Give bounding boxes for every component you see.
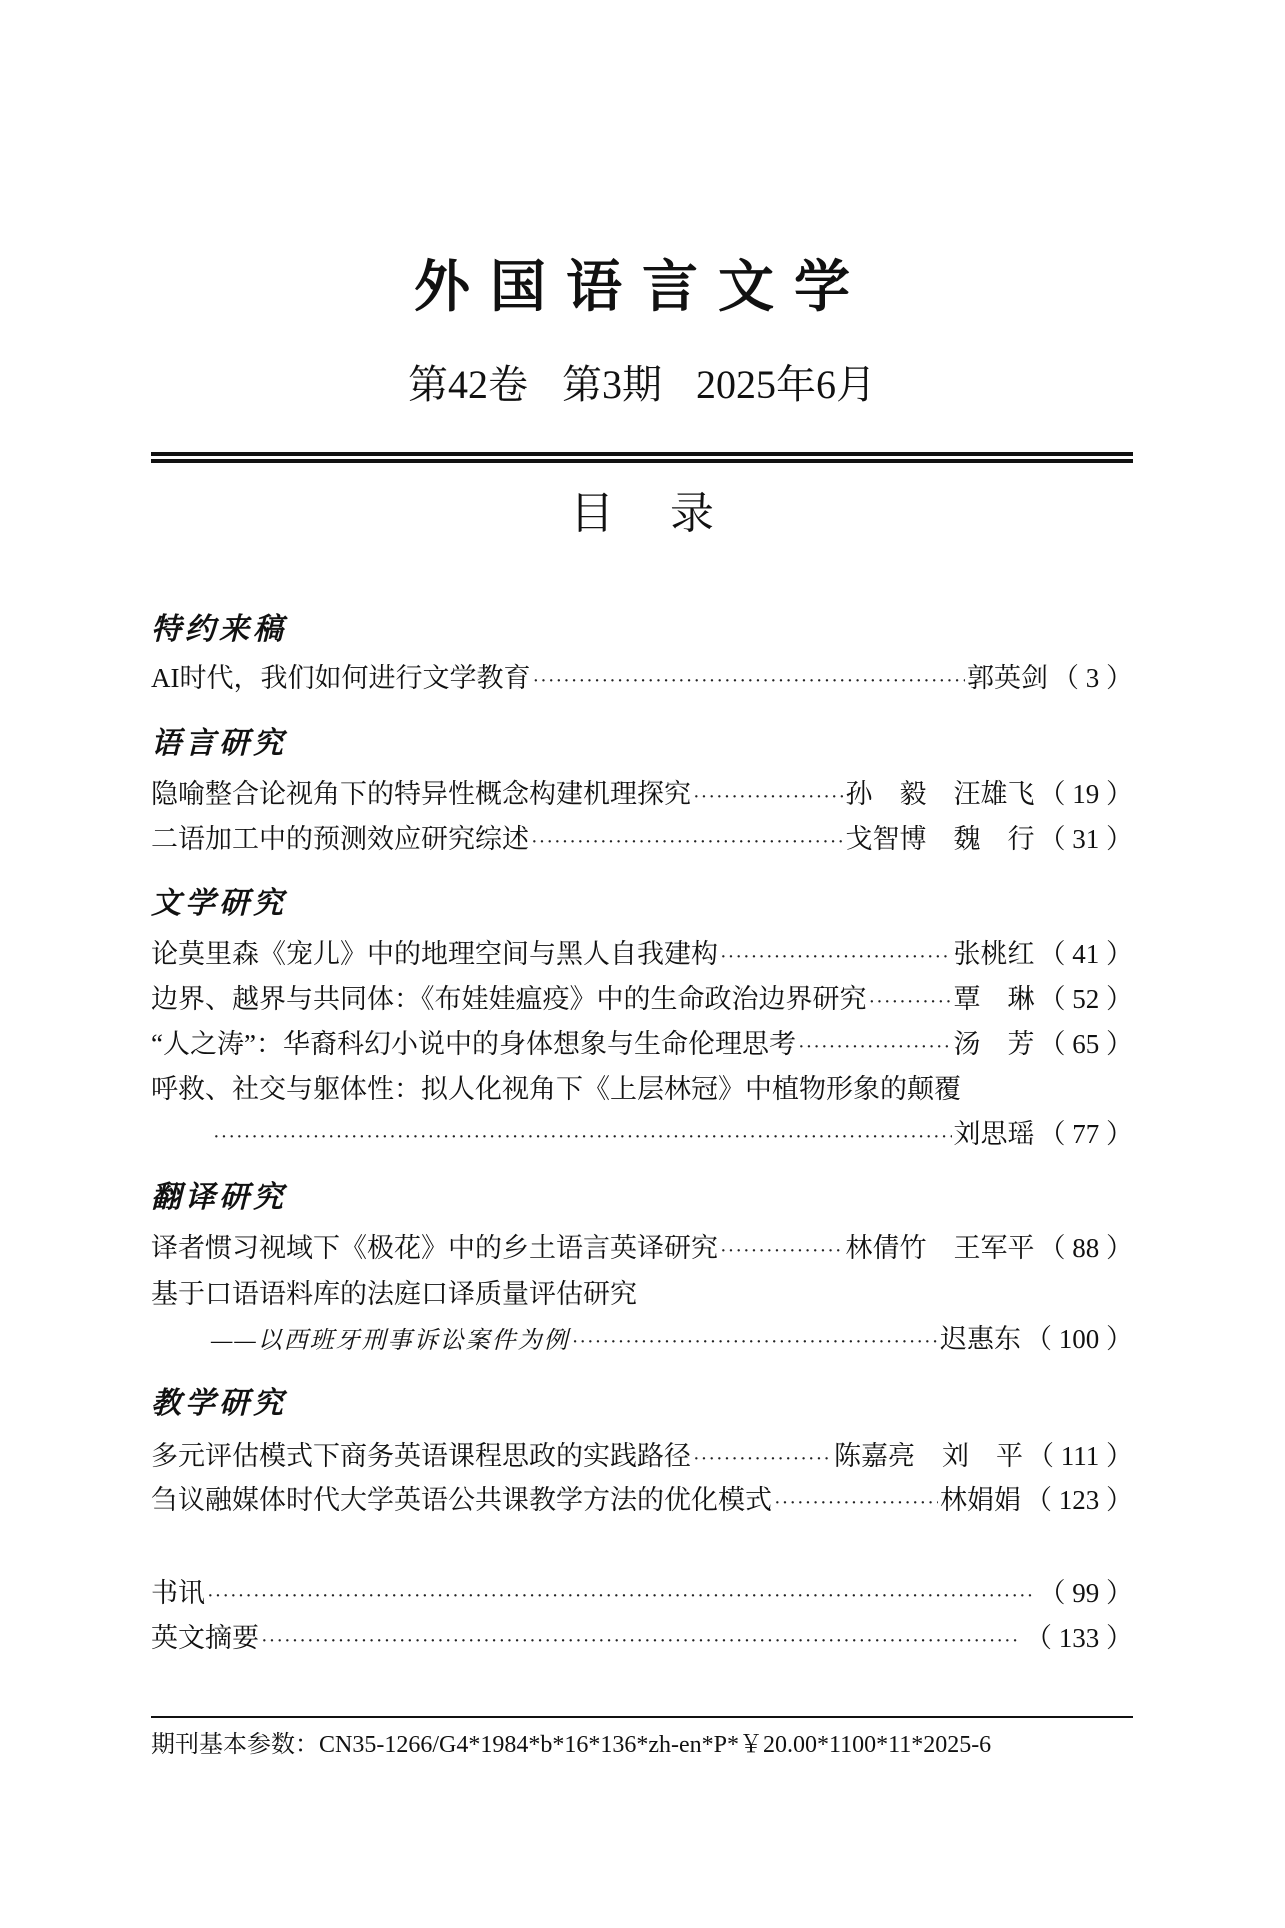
dot-leader [207,1576,1033,1616]
section-title-linguistics: 语言研究 [151,726,287,762]
dot-leader [720,937,952,977]
dot-leader [693,777,844,817]
entry-page: （ 88 ） [1039,1228,1134,1268]
entry-authors: 覃 琳 [954,979,1035,1019]
entry-authors: 林倩竹 王军平 [846,1228,1035,1268]
toc-entry-book-news[interactable]: 书讯 （ 99 ） [151,1573,1133,1613]
toc-entry[interactable]: “人之涛”：华裔科幻小说中的身体想象与生命伦理思考 汤 芳 （ 65 ） [151,1024,1133,1064]
entry-title: 书讯 [151,1573,205,1613]
entry-title: “人之涛”：华裔科幻小说中的身体想象与生命伦理思考 [151,1024,796,1064]
section-title-translation: 翻译研究 [151,1180,287,1216]
dot-leader [213,1117,952,1157]
volume: 第42卷 [408,362,528,407]
entry-page: （ 100 ） [1025,1319,1133,1359]
double-rule-divider [151,452,1133,463]
dot-leader [533,661,966,701]
dot-leader [798,1027,952,1067]
entry-authors: 张桃红 [954,934,1035,974]
toc-entry[interactable]: 译者惯习视域下《极花》中的乡土语言英译研究 林倩竹 王军平 （ 88 ） [151,1228,1133,1268]
entry-title: 英文摘要 [151,1618,259,1658]
journal-parameters: 期刊基本参数：CN35-1266/G4*1984*b*16*136*zh-en*… [151,1728,991,1762]
entry-authors: 刘思瑶 [954,1114,1035,1154]
entry-authors: 戈智博 魏 行 [846,819,1035,859]
toc-entry[interactable]: 论莫里森《宠儿》中的地理空间与黑人自我建构 张桃红 （ 41 ） [151,934,1133,974]
toc-entry[interactable]: 刍议融媒体时代大学英语公共课教学方法的优化模式 林娟娟 （ 123 ） [151,1480,1133,1520]
section-title-literature: 文学研究 [151,886,287,922]
entry-title[interactable]: 基于口语语料库的法庭口译质量评估研究 [151,1274,637,1314]
entry-page: （ 52 ） [1039,979,1134,1019]
toc-entry-continuation[interactable]: ——以西班牙刑事诉讼案件为例 迟惠东 （ 100 ） [151,1319,1133,1359]
toc-entry[interactable]: AI时代，我们如何进行文学教育 郭英剑 （ 3 ） [151,658,1133,698]
entry-page: （ 99 ） [1039,1573,1134,1613]
dot-leader [531,822,844,862]
entry-page: （ 19 ） [1039,774,1134,814]
toc-heading: 目录 [151,488,1133,540]
entry-authors: 汤 芳 [954,1024,1035,1064]
entry-title: 隐喻整合论视角下的特异性概念构建机理探究 [151,774,691,814]
entry-title: 论莫里森《宠儿》中的地理空间与黑人自我建构 [151,934,718,974]
entry-page: （ 77 ） [1039,1114,1134,1154]
entry-page: （ 31 ） [1039,819,1134,859]
entry-page: （ 133 ） [1025,1618,1133,1658]
toc-entry[interactable]: 边界、越界与共同体：《布娃娃瘟疫》中的生命政治边界研究 覃 琳 （ 52 ） [151,979,1133,1019]
entry-authors: 孙 毅 汪雄飞 [846,774,1035,814]
section-title-teaching: 教学研究 [151,1386,287,1422]
entry-page: （ 123 ） [1025,1480,1133,1520]
issue-date: 2025年6月 [696,362,876,407]
dot-leader [774,1483,938,1523]
footer-divider [151,1716,1133,1718]
dot-leader [572,1322,938,1362]
entry-page: （ 41 ） [1039,934,1134,974]
toc-entry[interactable]: 隐喻整合论视角下的特异性概念构建机理探究 孙 毅 汪雄飞 （ 19 ） [151,774,1133,814]
issue-number: 第3期 [562,362,662,407]
entry-authors: 陈嘉亮 刘 平 [834,1436,1023,1476]
toc-entry-continuation[interactable]: 刘思瑶 （ 77 ） [151,1114,1133,1154]
dot-leader [693,1439,832,1479]
entry-title: AI时代，我们如何进行文学教育 [151,658,531,698]
entry-title: 边界、越界与共同体：《布娃娃瘟疫》中的生命政治边界研究 [151,979,867,1019]
dot-leader [869,982,952,1022]
issue-info: 第42卷 第3期 2025年6月 [151,362,1133,408]
entry-title[interactable]: 呼救、社交与躯体性：拟人化视角下《上层林冠》中植物形象的颠覆 [151,1069,961,1109]
entry-authors: 迟惠东 [940,1319,1021,1359]
entry-authors: 郭英剑 [967,658,1048,698]
dot-leader [261,1621,1019,1661]
dot-leader [720,1231,844,1271]
toc-entry[interactable]: 多元评估模式下商务英语课程思政的实践路径 陈嘉亮 刘 平 （ 111 ） [151,1436,1133,1476]
entry-page: （ 3 ） [1052,658,1133,698]
entry-page: （ 65 ） [1039,1024,1134,1064]
entry-title: 二语加工中的预测效应研究综述 [151,819,529,859]
journal-title: 外国语言文学 [151,255,1133,319]
entry-page: （ 111 ） [1027,1436,1133,1476]
entry-title: 多元评估模式下商务英语课程思政的实践路径 [151,1436,691,1476]
entry-title: 译者惯习视域下《极花》中的乡土语言英译研究 [151,1228,718,1268]
entry-title: 刍议融媒体时代大学英语公共课教学方法的优化模式 [151,1480,772,1520]
entry-subtitle: ——以西班牙刑事诉讼案件为例 [211,1321,570,1361]
toc-entry[interactable]: 二语加工中的预测效应研究综述 戈智博 魏 行 （ 31 ） [151,819,1133,859]
entry-authors: 林娟娟 [940,1480,1021,1520]
section-title-featured: 特约来稿 [151,612,287,648]
toc-entry-english-abstracts[interactable]: 英文摘要 （ 133 ） [151,1618,1133,1658]
